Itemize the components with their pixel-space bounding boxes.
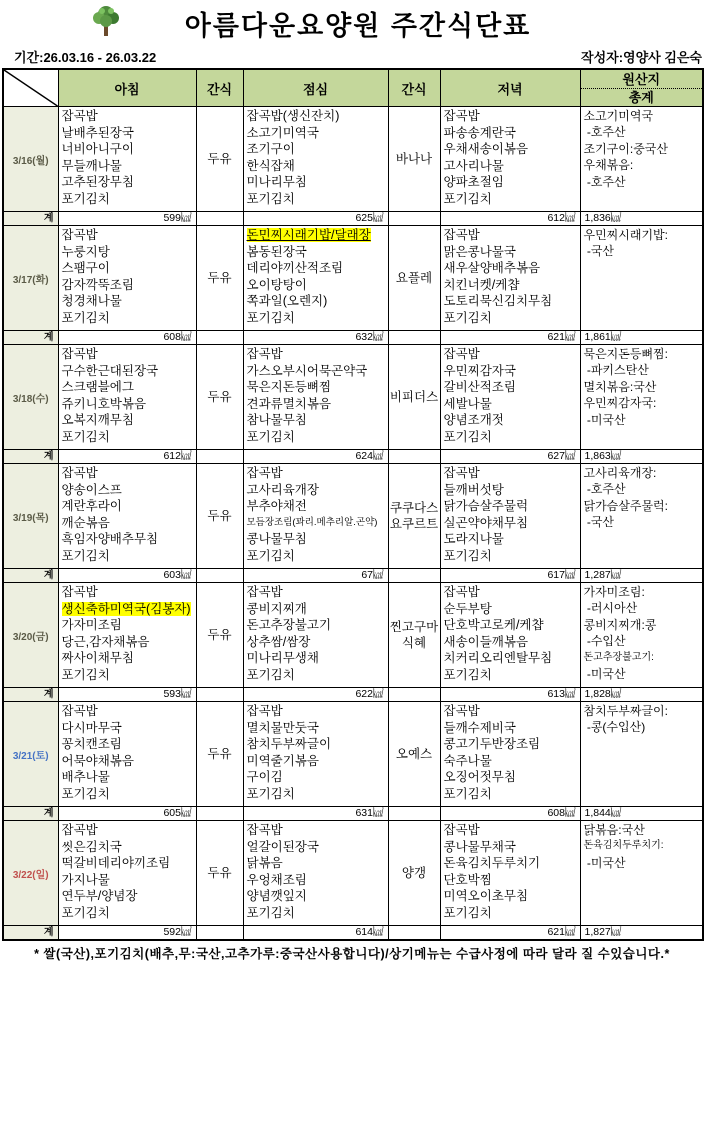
meal-item: 멸치물만둣국	[247, 720, 388, 737]
meal-item: 배추나물	[62, 769, 196, 786]
meal-item: 단호박고로케/케챱	[444, 617, 580, 634]
meal-item: 데리야끼산적조림	[247, 260, 388, 277]
meal-item: 스팸구이	[62, 260, 196, 277]
meal-item: 우채새송이볶음	[444, 141, 580, 158]
date-cell: 3/17(화)	[3, 226, 58, 331]
meal-item: 부추야채전	[247, 498, 388, 515]
meal-item: 가스오부시어묵곤약국	[247, 363, 388, 380]
kcal-row: 계593㎉622㎉613㎉1,828㎉	[3, 688, 703, 702]
daily-total-kcal: 1,828㎉	[580, 688, 703, 702]
total-header-label: 총계	[581, 89, 703, 106]
origin-item: 소고기미역국	[584, 108, 703, 124]
meal-item: 흑임자양배추무침	[62, 531, 196, 548]
meal-item: 오복지깨무침	[62, 412, 196, 429]
snack1-cell: 두유	[196, 107, 243, 212]
dinner-kcal: 627㎉	[440, 450, 580, 464]
total-label-cell: 계	[3, 688, 58, 702]
lunch-kcal: 625㎉	[243, 212, 388, 226]
meal-item: 누룽지탕	[62, 244, 196, 261]
snack2-cell: 쿠쿠다스 요쿠르트	[388, 464, 440, 569]
meal-item: 오이탕탕이	[247, 277, 388, 294]
origin-header-label: 원산지	[581, 71, 703, 89]
meal-item: 들깨버섯탕	[444, 482, 580, 499]
highlighted-menu-item: 돈민찌시래기밥/달래장	[247, 228, 371, 242]
meal-item: 꽁치캔조림	[62, 736, 196, 753]
meal-item: 포기김치	[62, 548, 196, 565]
tree-logo-icon	[90, 4, 122, 38]
origin-cell: 소고기미역국 -호주산조기구이:중국산우채볶음: -호주산	[580, 107, 703, 212]
dinner-cell: 잡곡밥우민찌감자국갈비산적조림세발나물양념조개젓포기김치	[440, 345, 580, 450]
meal-item: 당근,감자채볶음	[62, 634, 196, 651]
column-header-snack2: 간식	[388, 69, 440, 107]
dinner-cell: 잡곡밥맑은콩나물국새우살양배추볶음치킨너켓/케챱도토리묵신김치무침포기김치	[440, 226, 580, 331]
meal-item: 미역줄기볶음	[247, 753, 388, 770]
meal-item: 한식잡채	[247, 158, 388, 175]
meal-item: 포기김치	[247, 786, 388, 803]
breakfast-kcal: 608㎉	[58, 331, 196, 345]
snack1-cell: 두유	[196, 345, 243, 450]
meal-item: 잡곡밥	[247, 822, 388, 839]
meal-item: 실곤약야채무침	[444, 515, 580, 532]
meal-item: 갈비산적조림	[444, 379, 580, 396]
meal-item: 청경채나물	[62, 293, 196, 310]
meal-item: 잡곡밥(생신잔치)	[247, 108, 388, 125]
meal-item: 포기김치	[62, 429, 196, 446]
empty-cell	[388, 331, 440, 345]
column-header-snack1: 간식	[196, 69, 243, 107]
snack1-cell: 두유	[196, 583, 243, 688]
meal-item: 연두부/양념장	[62, 888, 196, 905]
daily-total-kcal: 1,836㎉	[580, 212, 703, 226]
dinner-kcal: 617㎉	[440, 569, 580, 583]
meal-item: 고사리육개장	[247, 482, 388, 499]
meal-item: 얼갈이된장국	[247, 839, 388, 856]
meal-item: 치킨너켓/케챱	[444, 277, 580, 294]
snack2-cell: 요플레	[388, 226, 440, 331]
day-row: 3/18(수)잡곡밥구수한근대된장국스크램블에그쥬키니호박볶음오복지깨무침포기김…	[3, 345, 703, 450]
meal-item: 잡곡밥	[444, 346, 580, 363]
date-cell: 3/20(금)	[3, 583, 58, 688]
meal-item: 날배추된장국	[62, 125, 196, 142]
meal-item: 돈민찌시래기밥/달래장	[247, 227, 388, 244]
meal-item: 짜사이채무침	[62, 650, 196, 667]
daily-total-kcal: 1,287㎉	[580, 569, 703, 583]
origin-item: 우민찌감자국:	[584, 395, 703, 411]
meal-item: 돈고추장불고기	[247, 617, 388, 634]
dinner-kcal: 621㎉	[440, 331, 580, 345]
meal-item: 참치두부짜글이	[247, 736, 388, 753]
daily-total-kcal: 1,844㎉	[580, 807, 703, 821]
origin-item: 멸치볶음:국산	[584, 379, 703, 395]
breakfast-cell: 잡곡밥누룽지탕스팸구이감자깍뚝조림청경채나물포기김치	[58, 226, 196, 331]
meal-item: 돈육김치두루치기	[444, 855, 580, 872]
empty-cell	[388, 926, 440, 941]
lunch-kcal: 624㎉	[243, 450, 388, 464]
lunch-cell: 돈민찌시래기밥/달래장봄동된장국데리야끼산적조림오이탕탕이쪽과일(오렌지)포기김…	[243, 226, 388, 331]
snack2-cell: 바나나	[388, 107, 440, 212]
snack2-cell: 양갱	[388, 821, 440, 926]
meal-item: 치커리오리엔탈무침	[444, 650, 580, 667]
meal-item: 잡곡밥	[444, 703, 580, 720]
snack2-cell: 오예스	[388, 702, 440, 807]
date-cell: 3/22(일)	[3, 821, 58, 926]
meal-item: 양념깻잎지	[247, 888, 388, 905]
dinner-cell: 잡곡밥파송송계란국우채새송이볶음고사리나물양파초절임포기김치	[440, 107, 580, 212]
origin-item: 우채볶음:	[584, 157, 703, 173]
day-row: 3/22(일)잡곡밥씻은김치국떡갈비데리야끼조림가지나물연두부/양념장포기김치두…	[3, 821, 703, 926]
dinner-cell: 잡곡밥들깨수제비국콩고기두반장조림숙주나물오징어젓무침포기김치	[440, 702, 580, 807]
snack1-cell: 두유	[196, 226, 243, 331]
total-label-cell: 계	[3, 926, 58, 941]
meal-item: 잡곡밥	[444, 465, 580, 482]
origin-item: -콩(수입산)	[584, 719, 703, 735]
breakfast-kcal: 605㎉	[58, 807, 196, 821]
meal-item: 떡갈비데리야끼조림	[62, 855, 196, 872]
lunch-kcal: 631㎉	[243, 807, 388, 821]
meal-item: 묵은지돈등뼈찜	[247, 379, 388, 396]
snack1-cell: 두유	[196, 821, 243, 926]
lunch-cell: 잡곡밥콩비지찌개돈고추장불고기상추쌈/쌈장미나리무생채포기김치	[243, 583, 388, 688]
empty-cell	[196, 569, 243, 583]
breakfast-cell: 잡곡밥다시마무국꽁치캔조림어묵야채볶음배추나물포기김치	[58, 702, 196, 807]
origin-item: 우민찌시래기밥:	[584, 227, 703, 243]
breakfast-kcal: 592㎉	[58, 926, 196, 941]
highlighted-menu-item: 생신축하미역국(김봉자)	[62, 602, 191, 616]
snack2-cell: 비피더스	[388, 345, 440, 450]
origin-cell: 우민찌시래기밥: -국산	[580, 226, 703, 331]
meal-item: 가지나물	[62, 872, 196, 889]
meal-item: 다시마무국	[62, 720, 196, 737]
origin-item: -미국산	[584, 412, 703, 428]
kcal-row: 계603㎉67㎉617㎉1,287㎉	[3, 569, 703, 583]
origin-item: 닭볶음:국산	[584, 822, 703, 838]
column-header-breakfast: 아침	[58, 69, 196, 107]
empty-cell	[388, 212, 440, 226]
meal-item: 숙주나물	[444, 753, 580, 770]
empty-cell	[196, 450, 243, 464]
meal-item: 순두부탕	[444, 601, 580, 618]
period-label: 기간:26.03.16 - 26.03.22	[14, 47, 156, 66]
meal-item: 포기김치	[444, 310, 580, 327]
meal-item: 포기김치	[247, 310, 388, 327]
date-cell: 3/16(월)	[3, 107, 58, 212]
day-row: 3/17(화)잡곡밥누룽지탕스팸구이감자깍뚝조림청경채나물포기김치두유돈민찌시래…	[3, 226, 703, 331]
total-label-cell: 계	[3, 331, 58, 345]
origin-item: -미국산	[584, 855, 703, 871]
meal-item: 잡곡밥	[247, 703, 388, 720]
lunch-cell: 잡곡밥멸치물만둣국참치두부짜글이미역줄기볶음구이김포기김치	[243, 702, 388, 807]
origin-item: -호주산	[584, 124, 703, 140]
dinner-kcal: 613㎉	[440, 688, 580, 702]
meal-item: 콩나물무침	[247, 531, 388, 548]
origin-cell: 닭볶음:국산돈육김치두루치기: -미국산	[580, 821, 703, 926]
daily-total-kcal: 1,827㎉	[580, 926, 703, 941]
day-row: 3/19(목)잡곡밥양송이스프계란후라이깨순볶음흑임자양배추무침포기김치두유잡곡…	[3, 464, 703, 569]
lunch-kcal: 67㎉	[243, 569, 388, 583]
meal-item: 잡곡밥	[62, 346, 196, 363]
meal-item: 잡곡밥	[444, 108, 580, 125]
origin-item: -수입산	[584, 633, 703, 649]
meal-item: 미역오이초무침	[444, 888, 580, 905]
meal-item: 도토리묵신김치무침	[444, 293, 580, 310]
meal-item: 콩나물무채국	[444, 839, 580, 856]
meal-item: 고추된장무침	[62, 174, 196, 191]
meal-item: 잡곡밥	[62, 822, 196, 839]
meal-item: 잡곡밥	[62, 108, 196, 125]
breakfast-cell: 잡곡밥날배추된장국너비아니구이무들깨나물고추된장무침포기김치	[58, 107, 196, 212]
meal-item: 구수한근대된장국	[62, 363, 196, 380]
breakfast-cell: 잡곡밥씻은김치국떡갈비데리야끼조림가지나물연두부/양념장포기김치	[58, 821, 196, 926]
day-row: 3/21(토)잡곡밥다시마무국꽁치캔조림어묵야채볶음배추나물포기김치두유잡곡밥멸…	[3, 702, 703, 807]
breakfast-kcal: 612㎉	[58, 450, 196, 464]
lunch-cell: 잡곡밥(생신잔치)소고기미역국조기구이한식잡채미나리무침포기김치	[243, 107, 388, 212]
meal-item: 잡곡밥	[62, 703, 196, 720]
meal-item: 포기김치	[444, 429, 580, 446]
meal-item: 스크램블에그	[62, 379, 196, 396]
origin-item: 닭가슴살주물럭:	[584, 498, 703, 514]
meal-item: 견과류멸치볶음	[247, 396, 388, 413]
empty-cell	[388, 450, 440, 464]
meal-item: 포기김치	[62, 667, 196, 684]
meal-item: 조기구이	[247, 141, 388, 158]
dinner-kcal: 608㎉	[440, 807, 580, 821]
meal-plan-page: 아름다운요양원 주간식단표 기간:26.03.16 - 26.03.22 작성자…	[0, 0, 716, 1130]
meal-item: 구이김	[247, 769, 388, 786]
lunch-kcal: 622㎉	[243, 688, 388, 702]
origin-item: -국산	[584, 243, 703, 259]
title-row: 아름다운요양원 주간식단표	[0, 0, 716, 48]
date-cell: 3/18(수)	[3, 345, 58, 450]
empty-cell	[196, 331, 243, 345]
meal-item: 파송송계란국	[444, 125, 580, 142]
breakfast-kcal: 603㎉	[58, 569, 196, 583]
snack2-cell: 찐고구마 식혜	[388, 583, 440, 688]
meal-item: 포기김치	[62, 905, 196, 922]
date-cell: 3/21(토)	[3, 702, 58, 807]
meal-item: 포기김치	[247, 548, 388, 565]
daily-total-kcal: 1,861㎉	[580, 331, 703, 345]
meal-item: 포기김치	[62, 786, 196, 803]
meal-item: 우민찌감자국	[444, 363, 580, 380]
origin-item: 묵은지돈등뼈찜:	[584, 346, 703, 362]
date-cell: 3/19(목)	[3, 464, 58, 569]
meal-item: 감자깍뚝조림	[62, 277, 196, 294]
meal-item: 잡곡밥	[247, 465, 388, 482]
meal-item: 들깨수제비국	[444, 720, 580, 737]
kcal-row: 계605㎉631㎉608㎉1,844㎉	[3, 807, 703, 821]
meal-item: 우엉채조림	[247, 872, 388, 889]
lunch-cell: 잡곡밥가스오부시어묵곤약국묵은지돈등뼈찜견과류멸치볶음참나물무침포기김치	[243, 345, 388, 450]
meal-item: 씻은김치국	[62, 839, 196, 856]
lunch-kcal: 614㎉	[243, 926, 388, 941]
breakfast-kcal: 593㎉	[58, 688, 196, 702]
meal-item: 닭볶음	[247, 855, 388, 872]
meal-item: 단호박찜	[444, 872, 580, 889]
meal-item: 양송이스프	[62, 482, 196, 499]
kcal-row: 계599㎉625㎉612㎉1,836㎉	[3, 212, 703, 226]
origin-cell: 참치두부짜글이: -콩(수입산)	[580, 702, 703, 807]
origin-item: 고사리육개장:	[584, 465, 703, 481]
kcal-row: 계612㎉624㎉627㎉1,863㎉	[3, 450, 703, 464]
meal-item: 오징어젓무침	[444, 769, 580, 786]
meal-item: 포기김치	[62, 191, 196, 208]
total-label-cell: 계	[3, 807, 58, 821]
empty-cell	[196, 926, 243, 941]
meal-item: 너비아니구이	[62, 141, 196, 158]
meal-item: 가자미조림	[62, 617, 196, 634]
meal-item: 도라지나물	[444, 531, 580, 548]
meal-item: 잡곡밥	[62, 584, 196, 601]
footer-note: * 쌀(국산),포기김치(배추,무:국산,고추가루:중국산사용합니다)/상기메뉴…	[2, 941, 702, 962]
table-header: 아침 간식 점심 간식 저녁 원산지 총계	[3, 69, 703, 107]
origin-item: -러시아산	[584, 600, 703, 616]
snack1-cell: 두유	[196, 702, 243, 807]
kcal-row: 계592㎉614㎉621㎉1,827㎉	[3, 926, 703, 941]
breakfast-cell: 잡곡밥양송이스프계란후라이깨순볶음흑임자양배추무침포기김치	[58, 464, 196, 569]
meal-item: 콩비지찌개	[247, 601, 388, 618]
meal-item: 포기김치	[444, 548, 580, 565]
meal-item: 상추쌈/쌈장	[247, 634, 388, 651]
meal-item: 잡곡밥	[62, 465, 196, 482]
meal-item: 포기김치	[247, 667, 388, 684]
empty-cell	[196, 807, 243, 821]
meal-item: 새송이들깨볶음	[444, 634, 580, 651]
column-header-dinner: 저녁	[440, 69, 580, 107]
total-label-cell: 계	[3, 569, 58, 583]
lunch-cell: 잡곡밥고사리육개장부추야채전모듬장조림(꽈리.메추리알.곤약)콩나물무침포기김치	[243, 464, 388, 569]
origin-item: -호주산	[584, 174, 703, 190]
meal-item: 양념조개젓	[444, 412, 580, 429]
meal-item: 잡곡밥	[444, 822, 580, 839]
dinner-cell: 잡곡밥순두부탕단호박고로케/케챱새송이들깨볶음치커리오리엔탈무침포기김치	[440, 583, 580, 688]
meal-item: 포기김치	[444, 191, 580, 208]
meal-item: 포기김치	[444, 905, 580, 922]
column-header-lunch: 점심	[243, 69, 388, 107]
meal-item: 계란후라이	[62, 498, 196, 515]
origin-item: -미국산	[584, 666, 703, 682]
meal-item: 포기김치	[247, 429, 388, 446]
origin-item: 조기구이:중국산	[584, 141, 703, 157]
origin-cell: 가자미조림: -러시아산콩비지찌개:콩 -수입산돈고추장불고기: -미국산	[580, 583, 703, 688]
dinner-cell: 잡곡밥들깨버섯탕닭가슴살주물럭실곤약야채무침도라지나물포기김치	[440, 464, 580, 569]
meal-item: 잡곡밥	[62, 227, 196, 244]
origin-item: 가자미조림:	[584, 584, 703, 600]
meal-item: 생신축하미역국(김봉자)	[62, 601, 196, 618]
meal-item: 봄동된장국	[247, 244, 388, 261]
meal-plan-table: 아침 간식 점심 간식 저녁 원산지 총계 3/16(월)잡곡밥날배추된장국너비…	[2, 68, 704, 941]
meal-item: 잡곡밥	[247, 346, 388, 363]
meal-item: 어묵야채볶음	[62, 753, 196, 770]
meal-item: 깨순볶음	[62, 515, 196, 532]
meal-item: 콩고기두반장조림	[444, 736, 580, 753]
meal-item: 잡곡밥	[444, 227, 580, 244]
breakfast-cell: 잡곡밥구수한근대된장국스크램블에그쥬키니호박볶음오복지깨무침포기김치	[58, 345, 196, 450]
empty-cell	[196, 688, 243, 702]
origin-cell: 묵은지돈등뼈찜: -파키스탄산멸치볶음:국산우민찌감자국: -미국산	[580, 345, 703, 450]
empty-cell	[388, 569, 440, 583]
meal-item: 고사리나물	[444, 158, 580, 175]
meal-item: 쥬키니호박볶음	[62, 396, 196, 413]
origin-cell: 고사리육개장: -호주산닭가슴살주물럭: -국산	[580, 464, 703, 569]
meal-plan-tbody: 3/16(월)잡곡밥날배추된장국너비아니구이무들깨나물고추된장무침포기김치두유잡…	[3, 107, 703, 941]
meal-item: 포기김치	[62, 310, 196, 327]
dinner-kcal: 612㎉	[440, 212, 580, 226]
meal-item: 포기김치	[247, 191, 388, 208]
meal-item: 새우살양배추볶음	[444, 260, 580, 277]
origin-item: 돈고추장불고기:	[584, 650, 703, 666]
empty-cell	[196, 212, 243, 226]
origin-item: -파키스탄산	[584, 362, 703, 378]
origin-item: -국산	[584, 514, 703, 530]
origin-item: 참치두부짜글이:	[584, 703, 703, 719]
meal-item: 맑은콩나물국	[444, 244, 580, 261]
day-row: 3/16(월)잡곡밥날배추된장국너비아니구이무들깨나물고추된장무침포기김치두유잡…	[3, 107, 703, 212]
meal-item: 참나물무침	[247, 412, 388, 429]
meal-item: 닭가슴살주물럭	[444, 498, 580, 515]
day-row: 3/20(금)잡곡밥생신축하미역국(김봉자)가자미조림당근,감자채볶음짜사이채무…	[3, 583, 703, 688]
empty-cell	[388, 807, 440, 821]
meal-item: 미나리무침	[247, 174, 388, 191]
empty-cell	[388, 688, 440, 702]
origin-item: 돈육김치두루치기:	[584, 838, 703, 854]
meal-item: 포기김치	[444, 667, 580, 684]
breakfast-kcal: 599㎉	[58, 212, 196, 226]
total-label-cell: 계	[3, 450, 58, 464]
corner-cell	[3, 69, 58, 107]
dinner-kcal: 621㎉	[440, 926, 580, 941]
meal-item: 양파초절임	[444, 174, 580, 191]
origin-item: 콩비지찌개:콩	[584, 617, 703, 633]
meta-row: 기간:26.03.16 - 26.03.22 작성자:영양사 김은숙	[0, 48, 716, 68]
daily-total-kcal: 1,863㎉	[580, 450, 703, 464]
meal-item: 쪽과일(오렌지)	[247, 293, 388, 310]
meal-item: 포기김치	[444, 786, 580, 803]
column-header-origin-total: 원산지 총계	[580, 69, 703, 107]
dinner-cell: 잡곡밥콩나물무채국돈육김치두루치기단호박찜미역오이초무침포기김치	[440, 821, 580, 926]
kcal-row: 계608㎉632㎉621㎉1,861㎉	[3, 331, 703, 345]
meal-item: 무들깨나물	[62, 158, 196, 175]
meal-item: 잡곡밥	[247, 584, 388, 601]
lunch-cell: 잡곡밥얼갈이된장국닭볶음우엉채조림양념깻잎지포기김치	[243, 821, 388, 926]
meal-item: 모듬장조림(꽈리.메추리알.곤약)	[247, 515, 388, 532]
meal-item: 포기김치	[247, 905, 388, 922]
breakfast-cell: 잡곡밥생신축하미역국(김봉자)가자미조림당근,감자채볶음짜사이채무침포기김치	[58, 583, 196, 688]
author-label: 작성자:영양사 김은숙	[581, 47, 702, 66]
meal-item: 잡곡밥	[444, 584, 580, 601]
meal-item: 소고기미역국	[247, 125, 388, 142]
lunch-kcal: 632㎉	[243, 331, 388, 345]
snack1-cell: 두유	[196, 464, 243, 569]
meal-item: 세발나물	[444, 396, 580, 413]
total-label-cell: 계	[3, 212, 58, 226]
origin-item: -호주산	[584, 481, 703, 497]
meal-item: 미나리무생채	[247, 650, 388, 667]
